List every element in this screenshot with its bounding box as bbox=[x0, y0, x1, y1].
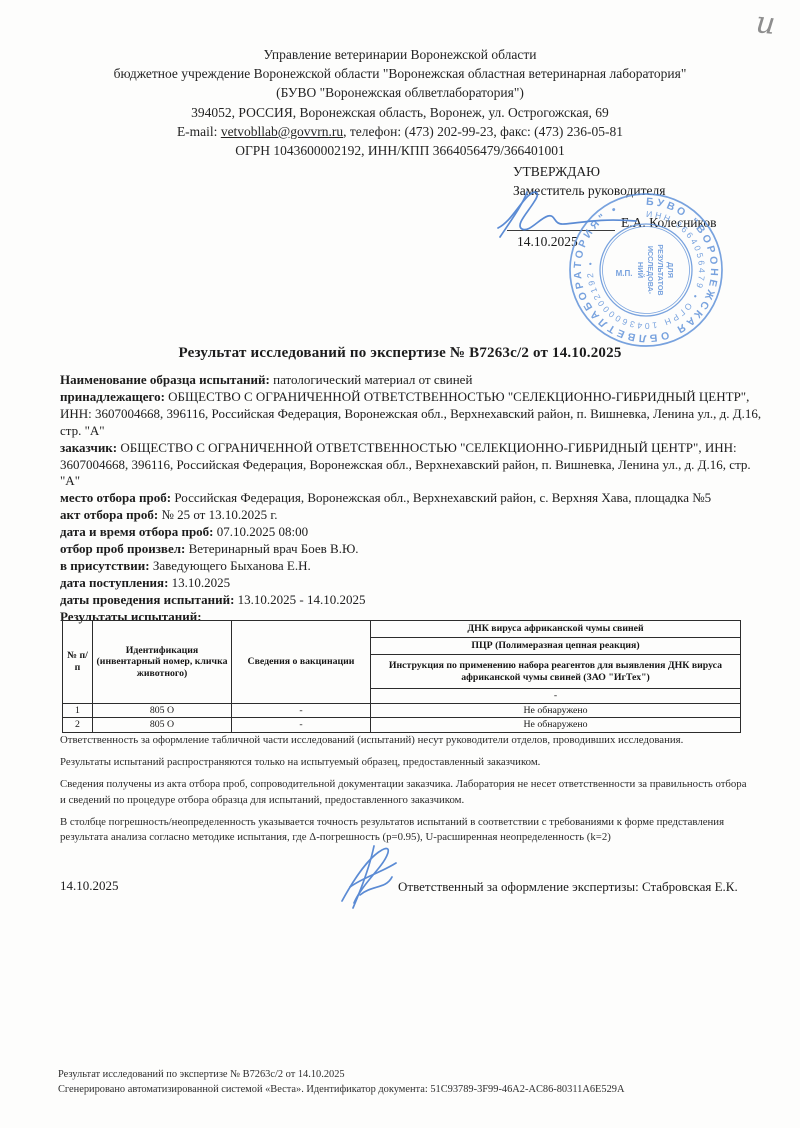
stamp-center-line2: РЕЗУЛЬТАТОВ bbox=[656, 244, 665, 295]
row-id: 805 О bbox=[93, 703, 232, 718]
field-sample-name: Наименование образца испытаний: патологи… bbox=[60, 372, 762, 389]
field-customer: заказчик: ОБЩЕСТВО С ОГРАНИЧЕННОЙ ОТВЕТС… bbox=[60, 440, 762, 491]
footnotes: Ответственность за оформление табличной … bbox=[60, 733, 754, 853]
org-contacts: E-mail: vetvobllab@govvrn.ru, телефон: (… bbox=[40, 122, 760, 141]
row-vaccination: - bbox=[232, 703, 371, 718]
col-header-dna-asf: ДНК вируса африканской чумы свиней bbox=[371, 621, 741, 638]
org-ogrn-inn: ОГРН 1043600002192, ИНН/КПП 3664056479/3… bbox=[40, 141, 760, 160]
letterhead: Управление ветеринарии Воронежской облас… bbox=[40, 45, 760, 160]
stamp-center-line1: ДЛЯ bbox=[666, 262, 675, 278]
field-sampling-place: место отбора проб: Российская Федерация,… bbox=[60, 490, 762, 507]
col-header-num: № п/п bbox=[63, 621, 93, 704]
email-link[interactable]: vetvobllab@govvrn.ru bbox=[221, 124, 343, 139]
round-stamp: БУВО "ВОРОНЕЖСКАЯ ОБЛВЕТЛАБОРАТОРИЯ" • И… bbox=[566, 190, 726, 350]
col-header-vaccination: Сведения о вакцинации bbox=[232, 621, 371, 704]
col-header-identification: Идентификация (инвентарный номер, кличка… bbox=[93, 621, 232, 704]
row-num: 2 bbox=[63, 718, 93, 733]
row-vaccination: - bbox=[232, 718, 371, 733]
document-footer: Результат исследований по экспертизе № В… bbox=[58, 1068, 624, 1097]
col-header-dash: - bbox=[371, 689, 741, 704]
col-header-method: Инструкция по применению набора реагенто… bbox=[371, 655, 741, 689]
footnote: Результаты испытаний распространяются то… bbox=[60, 755, 754, 771]
row-id: 805 О bbox=[93, 718, 232, 733]
scanned-document-page: и Управление ветеринарии Воронежской обл… bbox=[0, 0, 800, 1128]
table-row: 2 805 О - Не обнаружено bbox=[63, 718, 741, 733]
field-sampling-act: акт отбора проб: № 25 от 13.10.2025 г. bbox=[60, 507, 762, 524]
footer-generated-by: Сгенерировано автоматизированной системо… bbox=[58, 1083, 624, 1098]
footnote: Ответственность за оформление табличной … bbox=[60, 733, 754, 749]
org-short-name: (БУВО "Воронежская облветлаборатория") bbox=[40, 83, 760, 102]
document-title: Результат исследований по экспертизе № В… bbox=[0, 345, 800, 362]
field-owner: принадлежащего: ОБЩЕСТВО С ОГРАНИЧЕННОЙ … bbox=[60, 389, 762, 440]
stamp-center-line3: ИССЛЕДОВА- bbox=[646, 246, 655, 295]
stamp-center-line4: НИЙ bbox=[636, 262, 645, 278]
responsible-signature-ink bbox=[328, 843, 408, 911]
col-header-pcr: ПЦР (Полимеразная цепная реакция) bbox=[371, 638, 741, 655]
org-address: 394052, РОССИЯ, Воронежская область, Вор… bbox=[40, 103, 760, 122]
field-sampling-datetime: дата и время отбора проб: 07.10.2025 08:… bbox=[60, 524, 762, 541]
field-receipt-date: дата поступления: 13.10.2025 bbox=[60, 575, 762, 592]
approve-word: УТВЕРЖДАЮ bbox=[513, 162, 665, 181]
table-row: 1 805 О - Не обнаружено bbox=[63, 703, 741, 718]
stamp-mp: М.П. bbox=[616, 269, 633, 278]
row-result: Не обнаружено bbox=[371, 703, 741, 718]
field-in-presence: в присутствии: Заведующего Быханова Е.Н. bbox=[60, 558, 762, 575]
signing-date: 14.10.2025 bbox=[60, 878, 119, 894]
responsible-person: Ответственный за оформление экспертизы: … bbox=[398, 879, 738, 895]
results-table: № п/п Идентификация (инвентарный номер, … bbox=[62, 620, 741, 733]
field-test-dates: даты проведения испытаний: 13.10.2025 - … bbox=[60, 592, 762, 609]
row-result: Не обнаружено bbox=[371, 718, 741, 733]
field-sampled-by: отбор проб произвел: Ветеринарный врач Б… bbox=[60, 541, 762, 558]
row-num: 1 bbox=[63, 703, 93, 718]
org-name: бюджетное учреждение Воронежской области… bbox=[40, 64, 760, 83]
email-label: E-mail: bbox=[177, 124, 221, 139]
document-fields: Наименование образца испытаний: патологи… bbox=[60, 372, 762, 626]
footnote: В столбце погрешность/неопределенность у… bbox=[60, 815, 754, 846]
footer-expertise-ref: Результат исследований по экспертизе № В… bbox=[58, 1068, 624, 1083]
phone-fax: , телефон: (473) 202-99-23, факс: (473) … bbox=[343, 124, 623, 139]
handwritten-mark: и bbox=[754, 5, 777, 42]
footnote: Сведения получены из акта отбора проб, с… bbox=[60, 777, 754, 808]
org-department: Управление ветеринарии Воронежской облас… bbox=[40, 45, 760, 64]
